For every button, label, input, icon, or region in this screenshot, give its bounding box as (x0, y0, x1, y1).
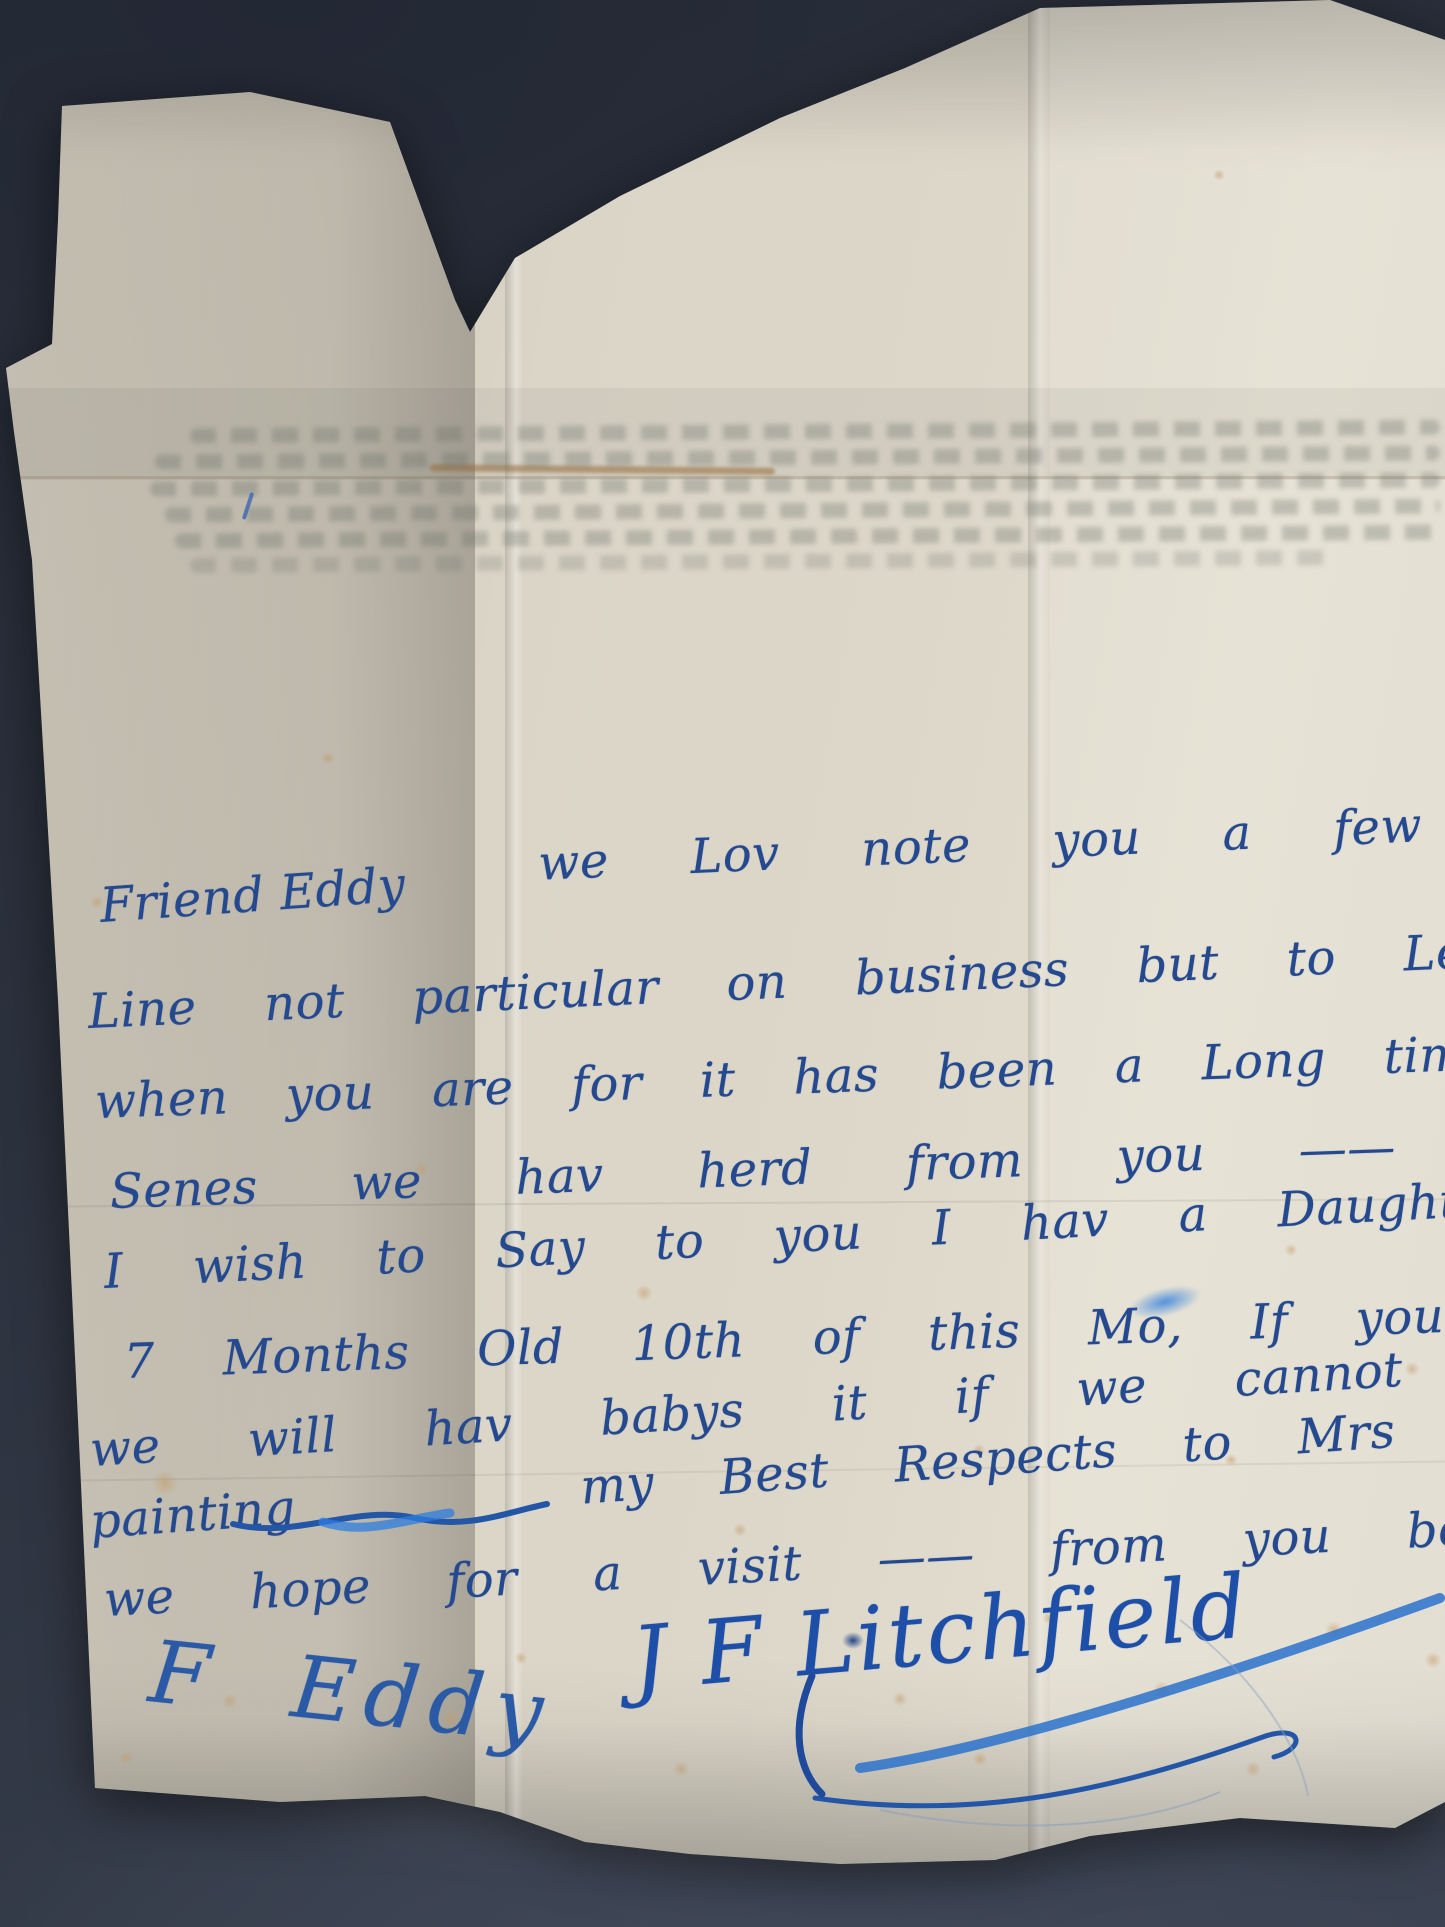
top-edge-shadow (0, 0, 1445, 150)
ink-flourish-painting (205, 1482, 565, 1552)
letter-paper: Friend Eddy we Lov note you a few Line n… (0, 0, 1445, 1927)
photograph-of-handwritten-letter: Friend Eddy we Lov note you a few Line n… (0, 0, 1445, 1927)
paper-shadow-wrapper: Friend Eddy we Lov note you a few Line n… (0, 0, 1445, 1927)
signature-flourish (560, 1560, 1445, 1860)
